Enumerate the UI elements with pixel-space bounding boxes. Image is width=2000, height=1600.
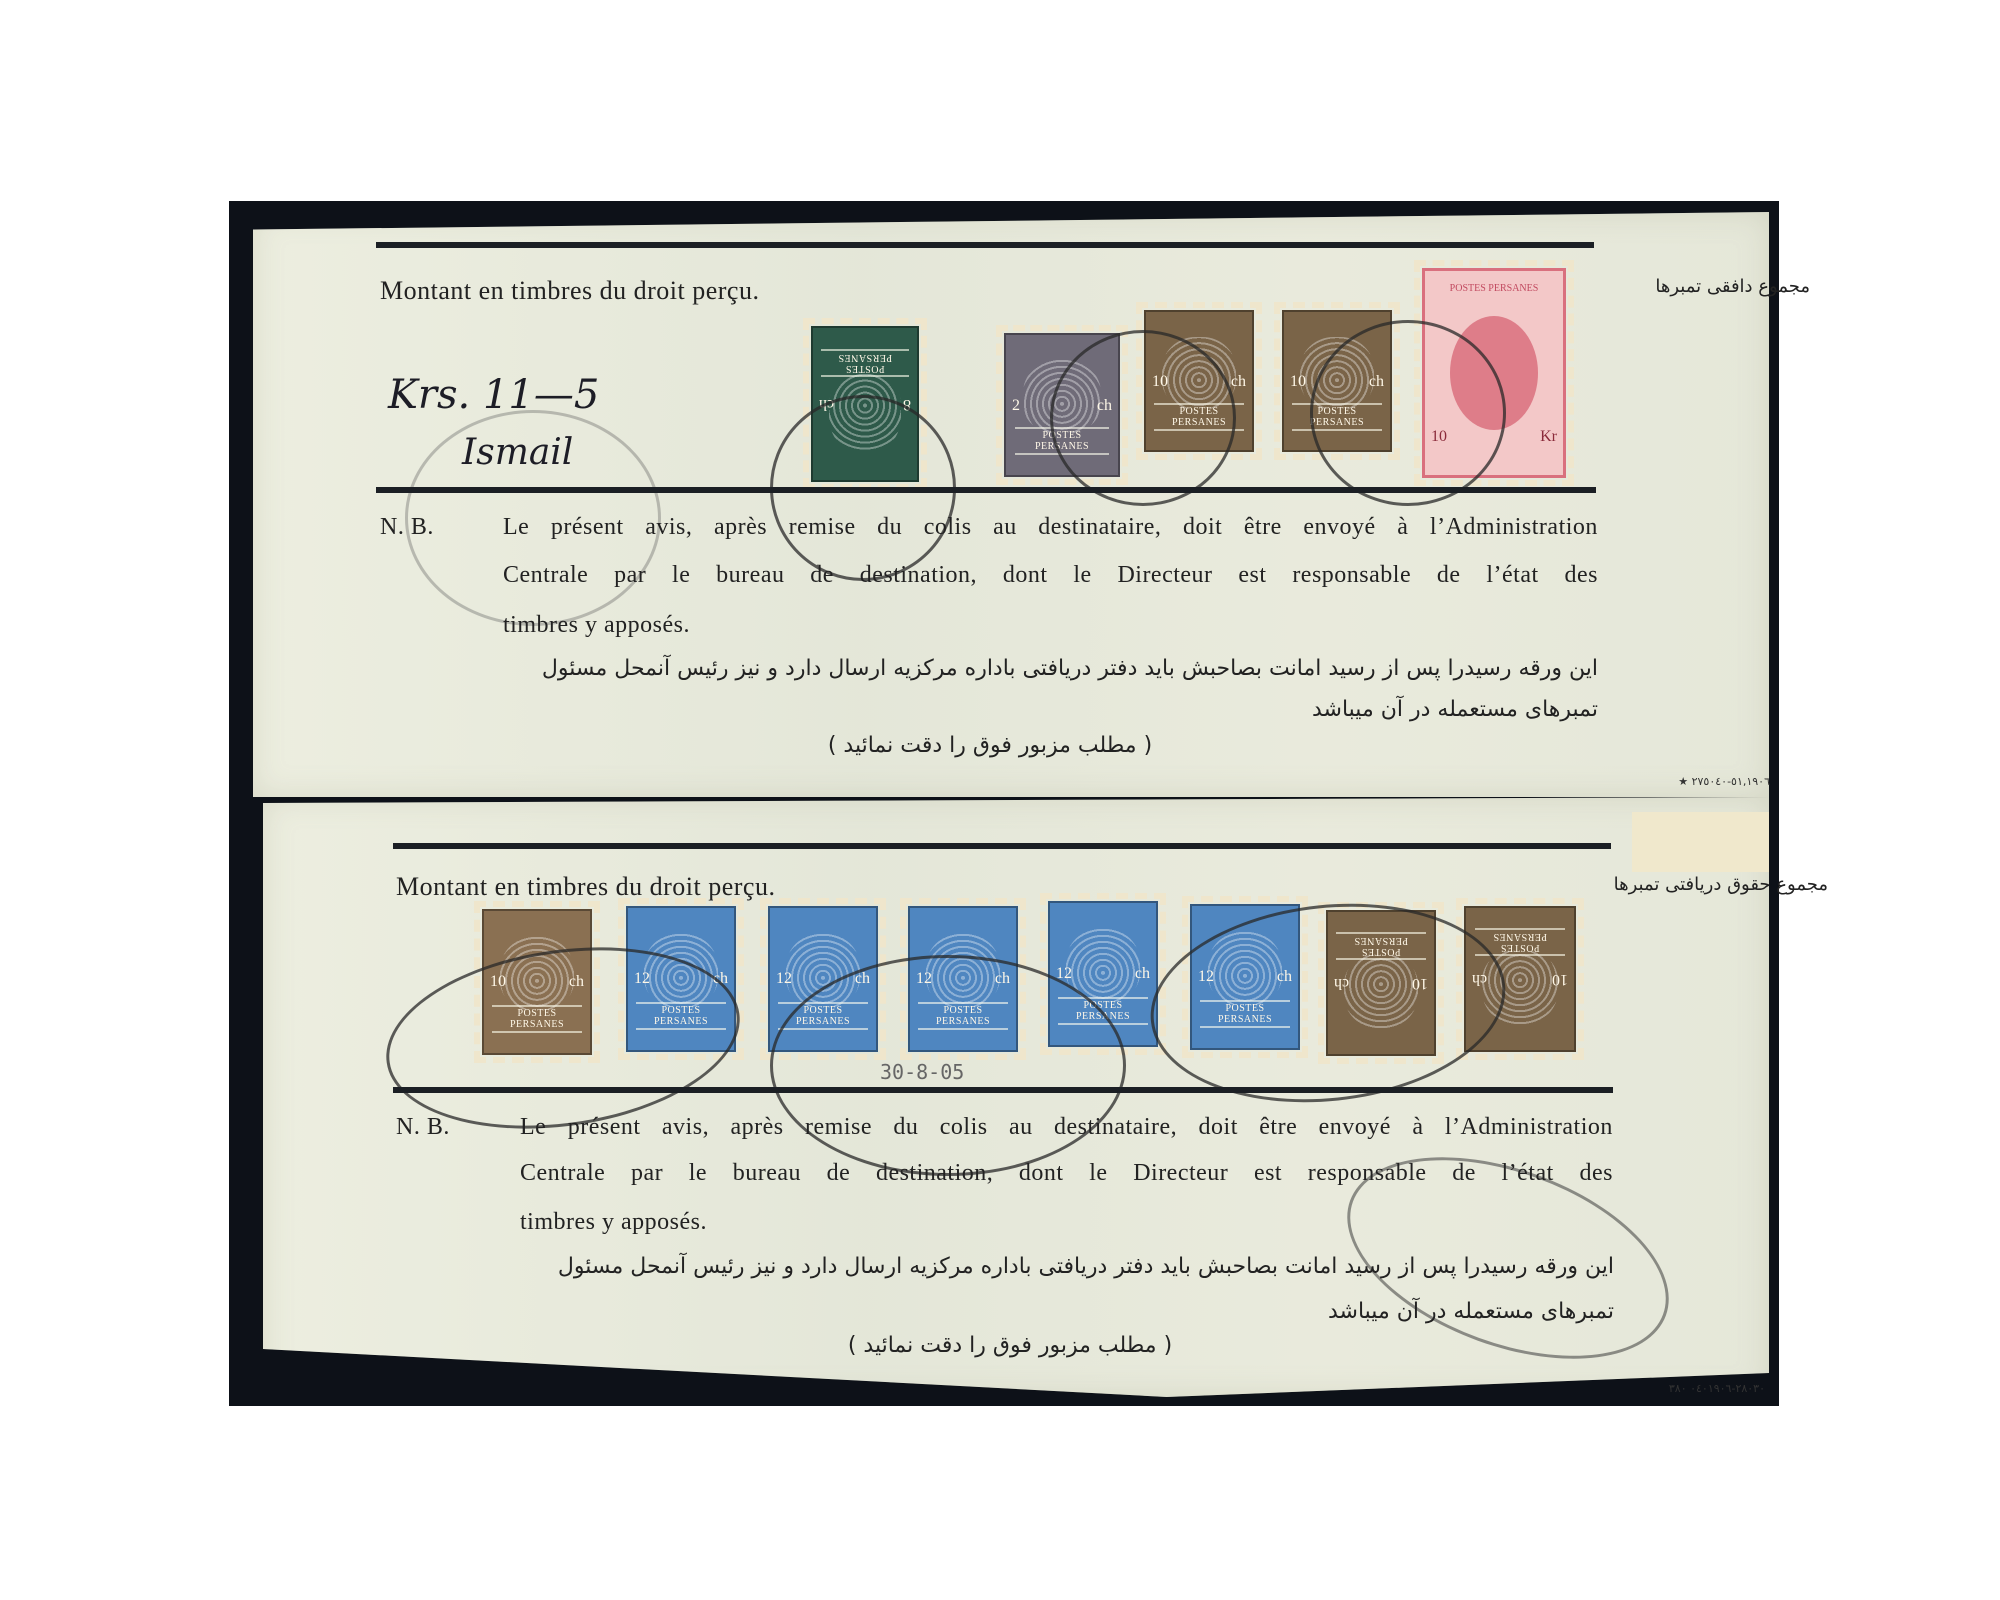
word: dont (1019, 1160, 1064, 1187)
word: bureau (716, 562, 784, 589)
word: remise (805, 1114, 872, 1141)
word: le (672, 562, 690, 589)
stamp-value: 2 (1012, 397, 1020, 415)
word: responsable (1308, 1160, 1427, 1187)
word: au (1009, 1114, 1033, 1141)
word: colis (924, 514, 972, 541)
stamp-title: POSTES PERSANES (1442, 283, 1547, 294)
stamp-value: 12 (1198, 968, 1214, 986)
bottom-fa-note: ( مطلب مزبور فوق را دقت نمائید ) (800, 1333, 1220, 1358)
postage-stamp: 2 ch POSTES PERSANES (996, 325, 1128, 485)
bottom-fa-line-2: تمبرهای مستعمله در آن میباشد (396, 1299, 1614, 1324)
top-form-rule-upper (376, 242, 1594, 248)
word: dont (1003, 562, 1048, 589)
stamp-unit: Kr (1540, 428, 1557, 446)
top-nb-line-1: Leprésentavis,aprèsremiseducolisaudestin… (503, 514, 1598, 541)
word: Le (503, 514, 529, 541)
word: des (1579, 1160, 1613, 1187)
stamp-value: 12 (776, 970, 792, 988)
stamp-unit: ch (713, 970, 728, 988)
word: le (689, 1160, 707, 1187)
word: le (1089, 1160, 1107, 1187)
stamp-value: 12 (634, 970, 650, 988)
word: par (614, 562, 646, 589)
postage-stamp: 10 ch POSTES PERSANES (1318, 902, 1444, 1064)
stamp-value: 8 (903, 395, 911, 413)
word: doit (1199, 1114, 1238, 1141)
word: être (1244, 514, 1282, 541)
bottom-form-rule-upper (393, 843, 1611, 849)
word: Le (520, 1114, 546, 1141)
top-nb-label: N. B. (380, 514, 434, 541)
lion-and-sun-icon (1344, 955, 1418, 1029)
paper-tab (1632, 812, 1769, 872)
stamp-unit: ch (1369, 373, 1384, 391)
stamp-label: POSTES PERSANES (1200, 1000, 1289, 1028)
lion-and-sun-icon (1208, 932, 1282, 1006)
stamp-value: 10 (1431, 428, 1447, 446)
word: bureau (733, 1160, 801, 1187)
bottom-margin-note: ٢٨٠٣٠-٠٤٠١٩٠٦ ٣٨٠ (1669, 1382, 1765, 1395)
top-nb-line-3: timbres y apposés. (503, 612, 690, 639)
handwritten-amount: Krs. 11—5 (388, 372, 599, 418)
stamp-unit: ch (819, 395, 834, 413)
word: l’Administration (1430, 514, 1598, 541)
word: de (1452, 1160, 1476, 1187)
bottom-nb-label: N. B. (396, 1114, 450, 1141)
word: doit (1183, 514, 1222, 541)
stamp-unit: ch (569, 973, 584, 991)
word: Centrale (520, 1160, 605, 1187)
word: l’Administration (1445, 1114, 1613, 1141)
bottom-form-rule-lower (393, 1087, 1613, 1093)
top-nb-line-2: Centraleparlebureaudedestination,dontleD… (503, 562, 1598, 589)
top-fa-note: ( مطلب مزبور فوق را دقت نمائید ) (780, 733, 1200, 758)
postage-stamp: 10 ch POSTES PERSANES (1136, 302, 1262, 460)
word: Directeur (1133, 1160, 1228, 1187)
lion-and-sun-icon (1066, 929, 1140, 1003)
word: par (631, 1160, 663, 1187)
stamp-value: 10 (490, 973, 506, 991)
top-margin-note: ٥١,١٩٠٦-٢٧٥٠٤٠ ★ (1678, 775, 1770, 788)
word: présent (551, 514, 624, 541)
portrait-icon (1450, 316, 1538, 430)
word: après (714, 514, 767, 541)
postage-stamp: 12 ch POSTES PERSANES (1182, 896, 1308, 1058)
postage-stamp: 10 ch POSTES PERSANES (1274, 302, 1400, 460)
word: des (1564, 562, 1598, 589)
word: présent (568, 1114, 641, 1141)
word: est (1238, 562, 1266, 589)
word: l’état (1486, 562, 1538, 589)
stamp-label: POSTES PERSANES (492, 1005, 581, 1033)
word: destination, (860, 562, 977, 589)
postage-stamp: 10 ch POSTES PERSANES (1456, 898, 1584, 1060)
stamp-unit: ch (855, 970, 870, 988)
word: l’état (1501, 1160, 1553, 1187)
stamp-label: POSTES PERSANES (636, 1002, 725, 1030)
word: être (1259, 1114, 1297, 1141)
top-fa-line-1: این ورقه رسیدرا پس از رسید امانت بصاحبش … (380, 656, 1598, 681)
stamp-unit: ch (1135, 965, 1150, 983)
word: le (1073, 562, 1091, 589)
lion-and-sun-icon (644, 934, 718, 1008)
stamp-label: POSTES PERSANES (821, 349, 908, 377)
word: Directeur (1117, 562, 1212, 589)
lion-and-sun-icon (1162, 337, 1236, 409)
postage-stamp: 12 ch POSTES PERSANES (618, 898, 744, 1060)
stamp-label: POSTES PERSANES (1292, 403, 1381, 431)
word: est (1254, 1160, 1282, 1187)
word: envoyé (1303, 514, 1375, 541)
word: envoyé (1319, 1114, 1391, 1141)
word: colis (940, 1114, 988, 1141)
stamp-unit: ch (1097, 397, 1112, 415)
postage-stamp: 12 ch POSTES PERSANES (1040, 893, 1166, 1055)
stamp-label: POSTES PERSANES (1058, 997, 1147, 1025)
postage-stamp: 8 ch POSTES PERSANES (803, 318, 927, 490)
word: destinataire, (1054, 1114, 1177, 1141)
bottom-nb-line-1: Leprésentavis,aprèsremiseducolisaudestin… (520, 1114, 1613, 1141)
postage-stamp: 12 ch POSTES PERSANES (900, 898, 1026, 1060)
word: destinataire, (1038, 514, 1161, 541)
stamp-value: 12 (916, 970, 932, 988)
word: Centrale (503, 562, 588, 589)
top-form-header-fr: Montant en timbres du droit perçu. (380, 276, 759, 306)
word: du (893, 1114, 918, 1141)
word: de (827, 1160, 851, 1187)
postage-stamp: 12 ch POSTES PERSANES (760, 898, 886, 1060)
stamp-unit: ch (1231, 373, 1246, 391)
word: du (877, 514, 902, 541)
postage-stamp: POSTES PERSANES 10 Kr (1414, 260, 1574, 486)
stamp-label: POSTES PERSANES (1015, 427, 1109, 455)
bottom-nb-line-2: Centraleparlebureaudedestination,dontleD… (520, 1160, 1613, 1187)
word: avis, (662, 1114, 709, 1141)
word: à (1397, 514, 1408, 541)
word: remise (789, 514, 856, 541)
stamp-label: POSTES PERSANES (1475, 928, 1566, 956)
stamp-label: POSTES PERSANES (778, 1002, 867, 1030)
lion-and-sun-icon (1482, 951, 1558, 1025)
stamp-value: 10 (1290, 373, 1306, 391)
top-form-rule-lower (376, 487, 1596, 493)
stamp-value: 10 (1152, 373, 1168, 391)
stamp-value: 12 (1056, 965, 1072, 983)
lion-and-sun-icon (786, 934, 860, 1008)
stamp-value: 10 (1552, 970, 1568, 988)
word: responsable (1292, 562, 1411, 589)
lion-and-sun-icon (1023, 360, 1101, 433)
bottom-form-header-fa: مجموع حقوق دریافتی تمبرها (1614, 874, 1828, 895)
word: de (810, 562, 834, 589)
lion-and-sun-icon (829, 374, 902, 453)
handwritten-signature: Ismail (462, 432, 573, 473)
top-form-header-fa: مجموع دافقی تمبرها (1655, 276, 1810, 297)
bottom-nb-line-3: timbres y apposés. (520, 1209, 707, 1236)
top-fa-line-2: تمبرهای مستعمله در آن میباشد (380, 697, 1598, 722)
stamp-label: POSTES PERSANES (918, 1002, 1007, 1030)
word: avis, (645, 514, 692, 541)
postage-stamp: 10 ch POSTES PERSANES (474, 901, 600, 1063)
stamp-value: 10 (1412, 974, 1428, 992)
word: à (1412, 1114, 1423, 1141)
lion-and-sun-icon (1300, 337, 1374, 409)
bottom-fa-line-1: این ورقه رسیدرا پس از رسید امانت بصاحبش … (396, 1254, 1614, 1279)
stamp-label: POSTES PERSANES (1154, 403, 1243, 431)
postmark-date: 30-8-05 (880, 1060, 964, 1084)
stamp-unit: ch (1472, 970, 1487, 988)
lion-and-sun-icon (500, 937, 574, 1011)
stamp-unit: ch (995, 970, 1010, 988)
stamp-unit: ch (1277, 968, 1292, 986)
stamp-label: POSTES PERSANES (1336, 932, 1425, 960)
word: de (1437, 562, 1461, 589)
word: au (993, 514, 1017, 541)
lion-and-sun-icon (926, 934, 1000, 1008)
stamp-unit: ch (1334, 974, 1349, 992)
word: après (730, 1114, 783, 1141)
word: destination, (876, 1160, 993, 1187)
